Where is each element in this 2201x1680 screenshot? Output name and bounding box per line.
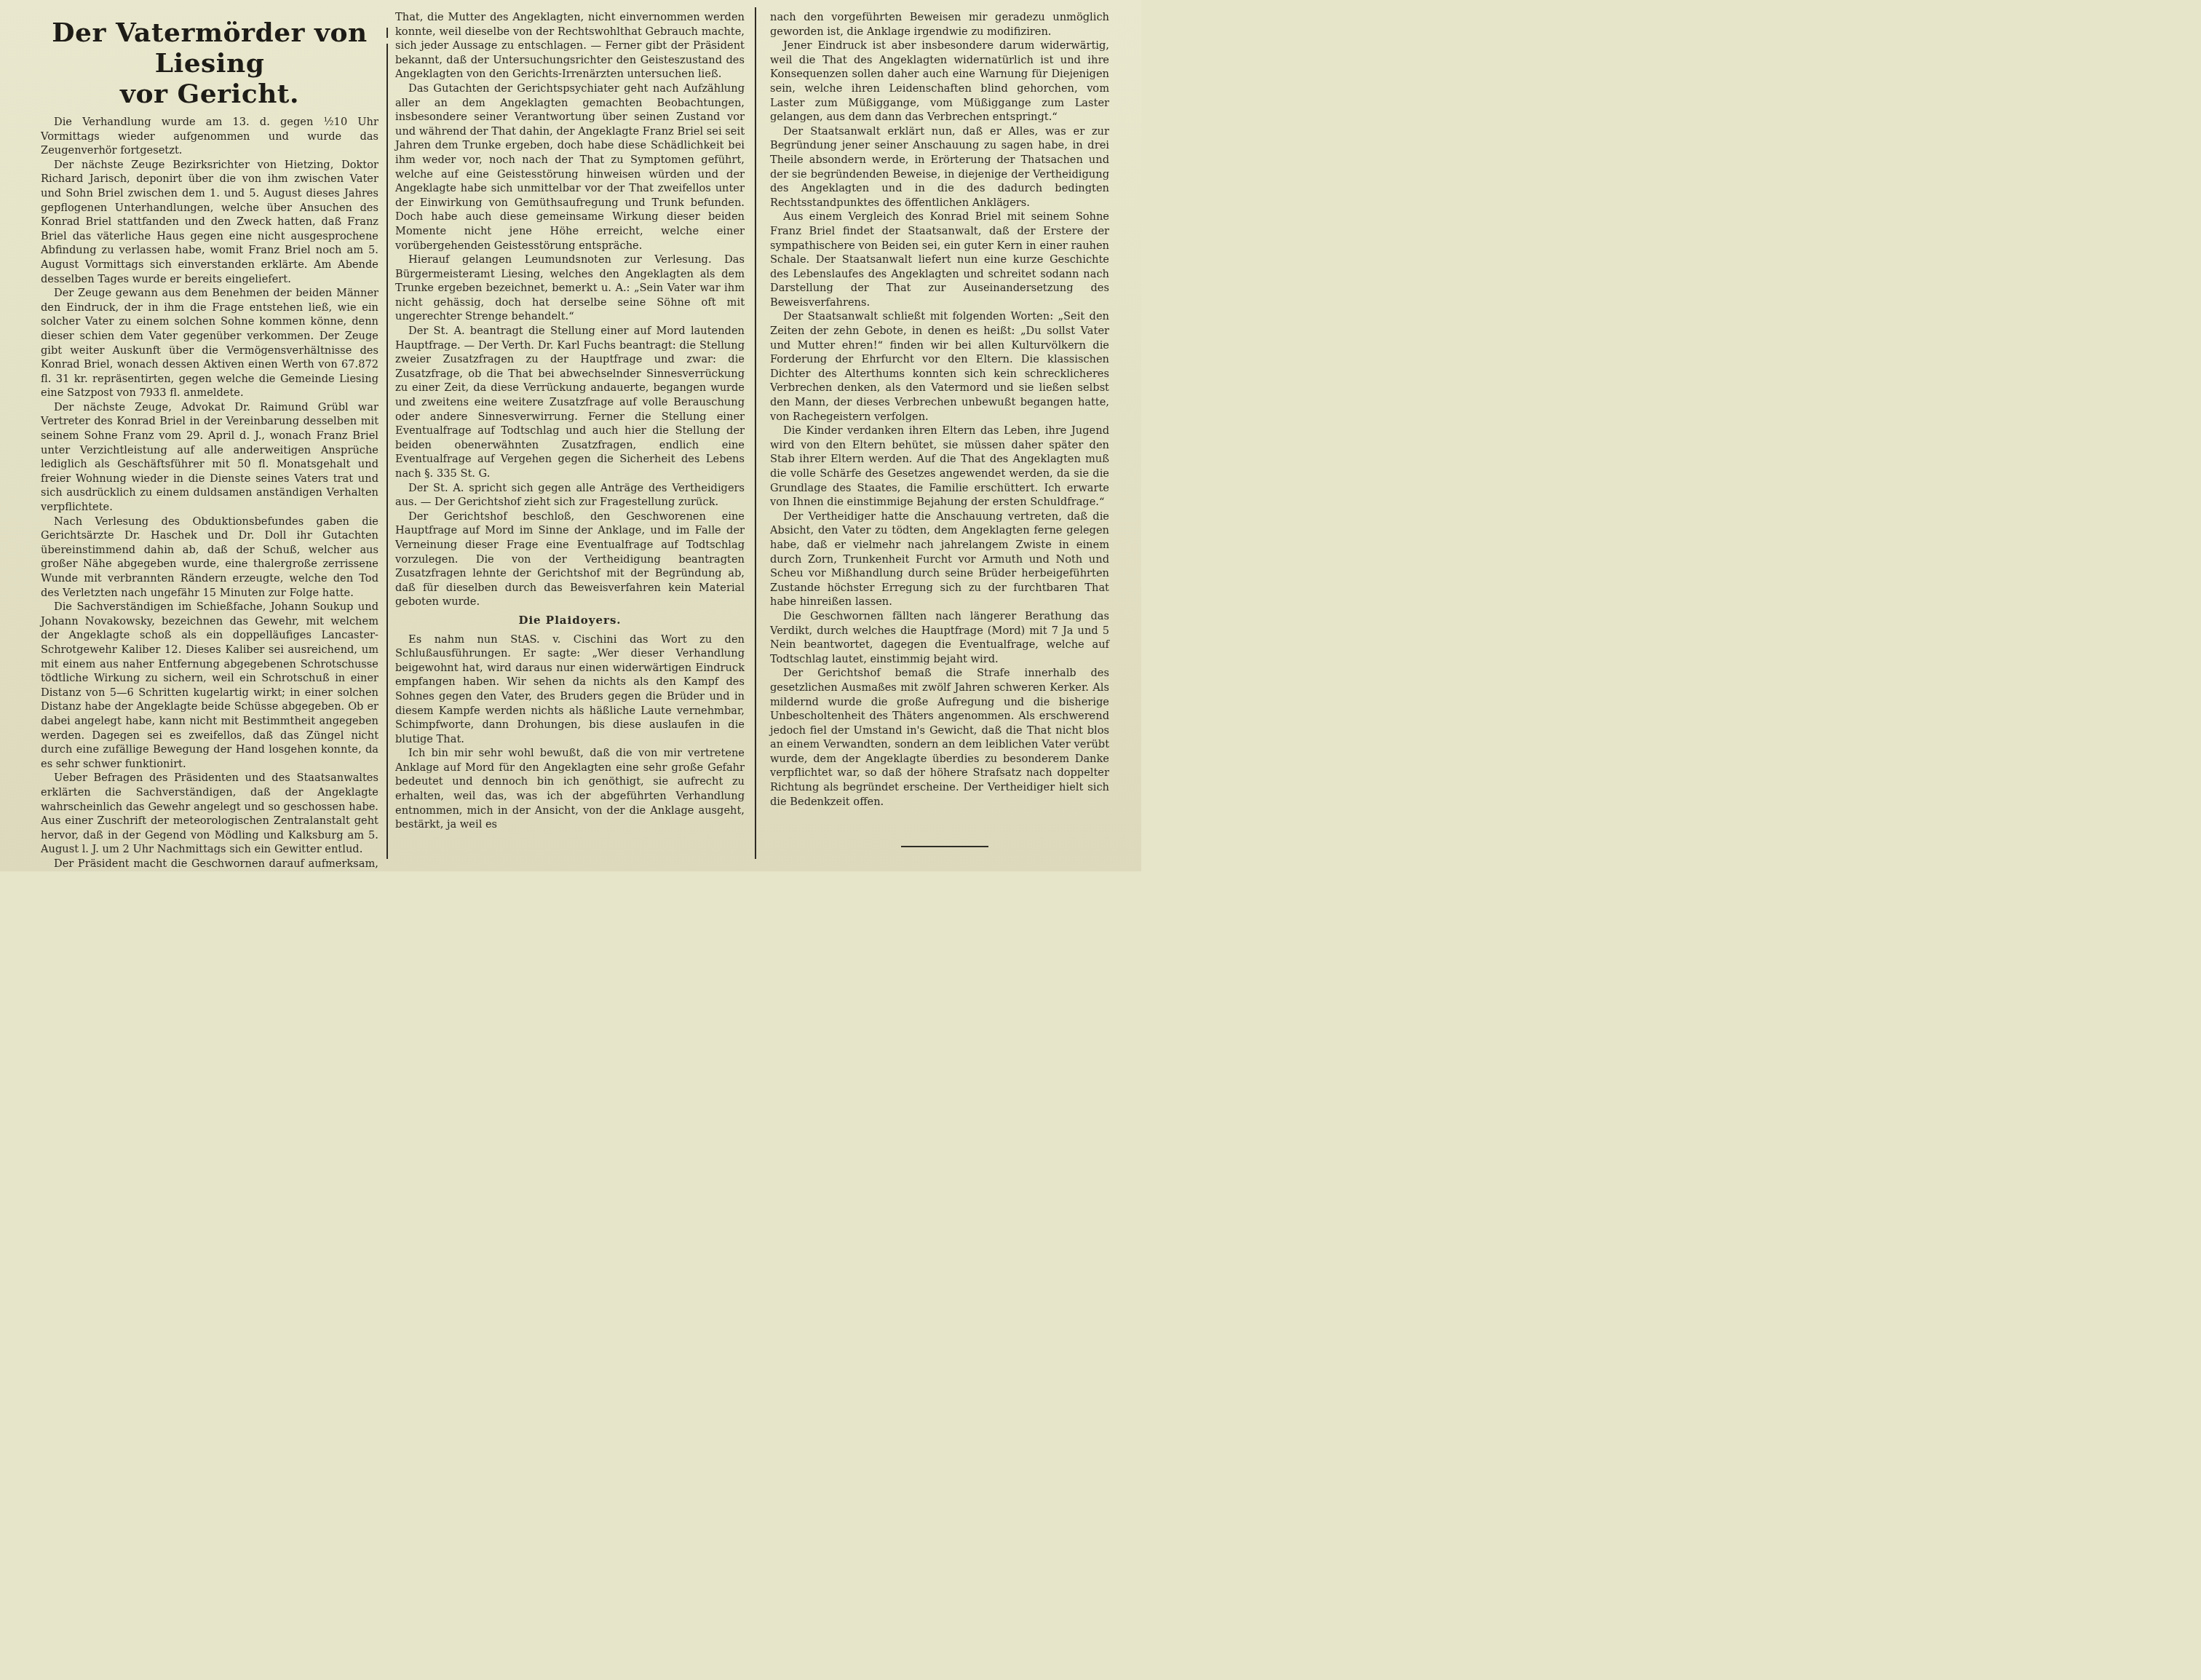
paragraph: Hierauf gelangen Leumundsnoten zur Verle… <box>395 253 745 324</box>
column-1: Der Vatermörder von Liesing vor Gericht.… <box>41 17 378 871</box>
column-divider-1 <box>386 44 388 859</box>
paragraph: Es nahm nun StAS. v. Cischini das Wort z… <box>395 633 745 747</box>
article-end-rule <box>901 846 988 847</box>
paragraph: Die Sachverständigen im Schießfache, Joh… <box>41 600 378 771</box>
column-3: nach den vorgeführten Beweisen mir gerad… <box>770 10 1109 809</box>
paragraph: Der Gerichtshof bemaß die Strafe innerha… <box>770 666 1109 809</box>
column-2: That, die Mutter des Angeklagten, nicht … <box>395 10 745 832</box>
paragraph: Der Präsident macht die Geschwornen dara… <box>41 857 378 871</box>
headline-line-1: Der Vatermörder von Liesing <box>52 17 367 79</box>
paragraph: Die Kinder verdanken ihren Eltern das Le… <box>770 424 1109 510</box>
paragraph: Die Verhandlung wurde am 13. d. gegen ½1… <box>41 115 378 158</box>
column-divider-top <box>386 28 388 38</box>
headline-line-2: vor Gericht. <box>120 79 299 109</box>
paragraph: Der nächste Zeuge Bezirksrichter von Hie… <box>41 158 378 286</box>
paragraph: Der Staatsanwalt erklärt nun, daß er All… <box>770 124 1109 210</box>
paragraph: Der Gerichtshof beschloß, den Geschworen… <box>395 510 745 609</box>
column-divider-2 <box>755 7 756 859</box>
article-headline: Der Vatermörder von Liesing vor Gericht. <box>41 17 378 109</box>
paragraph: nach den vorgeführten Beweisen mir gerad… <box>770 10 1109 39</box>
section-subhead: Die Plaidoyers. <box>395 614 745 628</box>
paragraph: Der Staatsanwalt schließt mit folgenden … <box>770 309 1109 424</box>
paragraph: Aus einem Vergleich des Konrad Briel mit… <box>770 210 1109 309</box>
paragraph: Das Gutachten der Gerichtspsychiater geh… <box>395 82 745 253</box>
paragraph: Nach Verlesung des Obduktionsbefundes ga… <box>41 515 378 601</box>
paragraph: Ich bin mir sehr wohl bewußt, daß die vo… <box>395 746 745 832</box>
paragraph: Die Geschwornen fällten nach längerer Be… <box>770 609 1109 666</box>
paragraph: Der nächste Zeuge, Advokat Dr. Raimund G… <box>41 400 378 515</box>
paragraph: Der Zeuge gewann aus dem Benehmen der be… <box>41 286 378 400</box>
paragraph: Der St. A. beantragt die Stellung einer … <box>395 324 745 481</box>
newspaper-page: Der Vatermörder von Liesing vor Gericht.… <box>0 0 1141 871</box>
paragraph: Ueber Befragen des Präsidenten und des S… <box>41 771 378 857</box>
paragraph: Der Vertheidiger hatte die Anschauung ve… <box>770 510 1109 609</box>
paragraph: Der St. A. spricht sich gegen alle Anträ… <box>395 481 745 510</box>
paragraph: Jener Eindruck ist aber insbesondere dar… <box>770 39 1109 124</box>
paragraph: That, die Mutter des Angeklagten, nicht … <box>395 10 745 82</box>
